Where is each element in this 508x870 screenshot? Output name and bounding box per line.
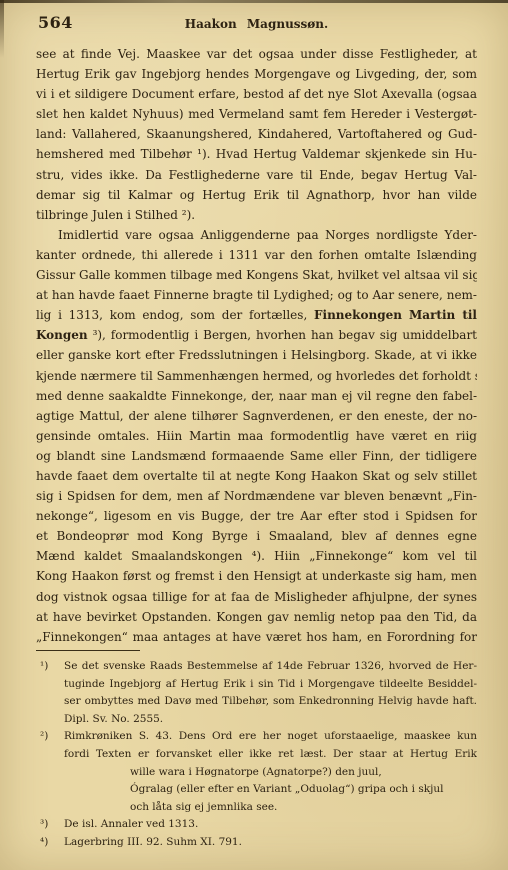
body-line: kanter ordnede, thi allerede i 1311 var … <box>36 245 477 265</box>
text-segment: at han havde faaet Finnerne bragte til L… <box>36 288 477 302</box>
text-segment: demar sig til Kalmar og Hertug Erik til … <box>36 188 477 202</box>
text-segment: slet hen kaldet Nyhuus) med Vermeland sa… <box>36 107 477 121</box>
footnote-marker: ⁴) <box>40 834 48 852</box>
footnote-line: De isl. Annaler ved 1313. <box>64 816 477 834</box>
footnote-line: Se det svenske Raads Bestemmelse af 14de… <box>64 658 477 676</box>
body-line: et Bondeoprør mod Kong Byrge i Smaaland,… <box>36 526 477 546</box>
body-line: Kong Haakon først og fremst i den Hensig… <box>36 566 477 586</box>
text-segment: sig i Spidsen for dem, men af Nordmænden… <box>36 489 477 503</box>
text-segment: Mænd kaldet Smaalandskongen ⁴). Hiin „Fi… <box>36 549 477 563</box>
footnotes: ¹)Se det svenske Raads Bestemmelse af 14… <box>40 658 477 852</box>
body-line: nekonge“, ligesom en vis Bugge, der tre … <box>36 506 477 526</box>
text-segment: gensinde omtales. Hiin Martin maa formod… <box>36 429 477 443</box>
body-line: stru, vides ikke. Da Festlighederne vare… <box>36 165 477 185</box>
text-segment: land: Vallahered, Skaanungshered, Kindah… <box>36 127 477 141</box>
body-line: at have bevirket Opstanden. Kongen gav n… <box>36 607 477 627</box>
body-line: agtige Mattul, der alene tilhører Sagnve… <box>36 406 477 426</box>
footnote-verse-line: wille wara i Høgnatorpe (Agnatorpe?) den… <box>64 764 477 782</box>
footnote-line: fordi Texten er forvansket eller ikke re… <box>64 746 477 764</box>
footnote-item: ²)Rimkrøniken S. 43. Dens Ord ere her no… <box>40 728 477 816</box>
body-line: Gissur Galle kommen tilbage med Kongens … <box>36 265 477 285</box>
footnote-line: Dipl. Sv. No. 2555. <box>64 711 477 729</box>
footnote-marker: ¹) <box>40 658 48 676</box>
text-segment: kanter ordnede, thi allerede i 1311 var … <box>36 248 477 262</box>
page-header: 564 Haakon Magnussøn. <box>36 12 477 36</box>
text-segment: „Finnekongen“ maa antages at have været … <box>36 630 477 644</box>
body-line: og blandt sine Landsmænd formaaende Same… <box>36 446 477 466</box>
footnote-verse-line: och låta sig ej jemnlika see. <box>64 799 477 817</box>
running-head: Haakon Magnussøn. <box>36 12 477 31</box>
text-segment: og blandt sine Landsmænd formaaende Same… <box>36 449 477 463</box>
footnote-line: tuginde Ingebjorg af Hertug Erik i sin T… <box>64 676 477 694</box>
text-segment: at have bevirket Opstanden. Kongen gav n… <box>36 610 477 624</box>
text-segment: Kong Haakon først og fremst i den Hensig… <box>36 569 477 583</box>
text-segment: Gissur Galle kommen tilbage med Kongens … <box>36 268 477 282</box>
footnote-line: Lagerbring III. 92. Suhm XI. 791. <box>64 834 477 852</box>
page-number: 564 <box>38 13 73 32</box>
body-line: see at finde Vej. Maaskee var det ogsaa … <box>36 44 477 64</box>
body-line: lig i 1313, kom endog, som der fortælles… <box>36 305 477 325</box>
body-line: Mænd kaldet Smaalandskongen ⁴). Hiin „Fi… <box>36 546 477 566</box>
body-line: gensinde omtales. Hiin Martin maa formod… <box>36 426 477 446</box>
footnote-item: ³)De isl. Annaler ved 1313. <box>40 816 477 834</box>
body-line: slet hen kaldet Nyhuus) med Vermeland sa… <box>36 104 477 124</box>
body-text: see at finde Vej. Maaskee var det ogsaa … <box>36 44 477 647</box>
body-line: Hertug Erik gav Ingebjorg hendes Morgeng… <box>36 64 477 84</box>
body-line: hemshered med Tilbehør ¹). Hvad Hertug V… <box>36 144 477 164</box>
footnote-item: ⁴)Lagerbring III. 92. Suhm XI. 791. <box>40 834 477 852</box>
text-segment: lig i 1313, kom endog, som der fortælles… <box>36 308 314 322</box>
footnote-marker: ³) <box>40 816 48 834</box>
body-line: kjende nærmere til Sammenhængen hermed, … <box>36 366 477 386</box>
text-segment: eller ganske kort efter Fredsslutningen … <box>36 348 477 362</box>
body-line: demar sig til Kalmar og Hertug Erik til … <box>36 185 477 205</box>
body-line: med denne saakaldte Finnekonge, der, naa… <box>36 386 477 406</box>
body-line: Kongen ³), formodentlig i Bergen, hvorhe… <box>36 325 477 345</box>
text-segment: kjende nærmere til Sammenhængen hermed, … <box>36 369 477 383</box>
book-page: 564 Haakon Magnussøn. see at finde Vej. … <box>0 0 508 870</box>
text-segment: med denne saakaldte Finnekonge, der, naa… <box>36 389 477 403</box>
emphasis-text: Kongen <box>36 328 88 342</box>
body-line: Imidlertid vare ogsaa Anliggenderne paa … <box>36 225 477 245</box>
emphasis-text: Finnekongen Martin til <box>314 308 477 322</box>
footnote-marker: ²) <box>40 728 48 746</box>
footnote-separator <box>36 650 140 651</box>
text-segment: see at finde Vej. Maaskee var det ogsaa … <box>36 47 477 61</box>
text-segment: hemshered med Tilbehør ¹). Hvad Hertug V… <box>36 147 477 161</box>
text-segment: tilbringe Julen i Stilhed ²). <box>36 208 195 222</box>
footnote-line: Rimkrøniken S. 43. Dens Ord ere her noge… <box>64 728 477 746</box>
body-line: land: Vallahered, Skaanungshered, Kindah… <box>36 124 477 144</box>
body-line: at han havde faaet Finnerne bragte til L… <box>36 285 477 305</box>
text-segment: agtige Mattul, der alene tilhører Sagnve… <box>36 409 477 423</box>
body-line: tilbringe Julen i Stilhed ²). <box>36 205 477 225</box>
text-segment: Imidlertid vare ogsaa Anliggenderne paa … <box>58 228 477 242</box>
body-line: eller ganske kort efter Fredsslutningen … <box>36 345 477 365</box>
footnote-verse-line: Ógralag (eller efter en Variant „Oduolag… <box>64 781 477 799</box>
footnote-item: ¹)Se det svenske Raads Bestemmelse af 14… <box>40 658 477 728</box>
body-line: vi i et sildigere Document erfare, besto… <box>36 84 477 104</box>
footnote-line: ser ombyttes med Davø med Tilbehør, som … <box>64 693 477 711</box>
body-line: dog vistnok ogsaa tillige for at faa de … <box>36 587 477 607</box>
body-line: havde faaet dem overtalte til at negte K… <box>36 466 477 486</box>
text-segment: ³), formodentlig i Bergen, hvorhen han b… <box>88 328 477 342</box>
text-segment: dog vistnok ogsaa tillige for at faa de … <box>36 590 477 604</box>
body-line: sig i Spidsen for dem, men af Nordmænden… <box>36 486 477 506</box>
text-segment: vi i et sildigere Document erfare, besto… <box>36 87 477 101</box>
text-segment: stru, vides ikke. Da Festlighederne vare… <box>36 168 477 182</box>
text-segment: Hertug Erik gav Ingebjorg hendes Morgeng… <box>36 67 477 81</box>
text-segment: et Bondeoprør mod Kong Byrge i Smaaland,… <box>36 529 477 543</box>
body-line: „Finnekongen“ maa antages at have været … <box>36 627 477 647</box>
text-segment: nekonge“, ligesom en vis Bugge, der tre … <box>36 509 477 523</box>
text-segment: havde faaet dem overtalte til at negte K… <box>36 469 477 483</box>
